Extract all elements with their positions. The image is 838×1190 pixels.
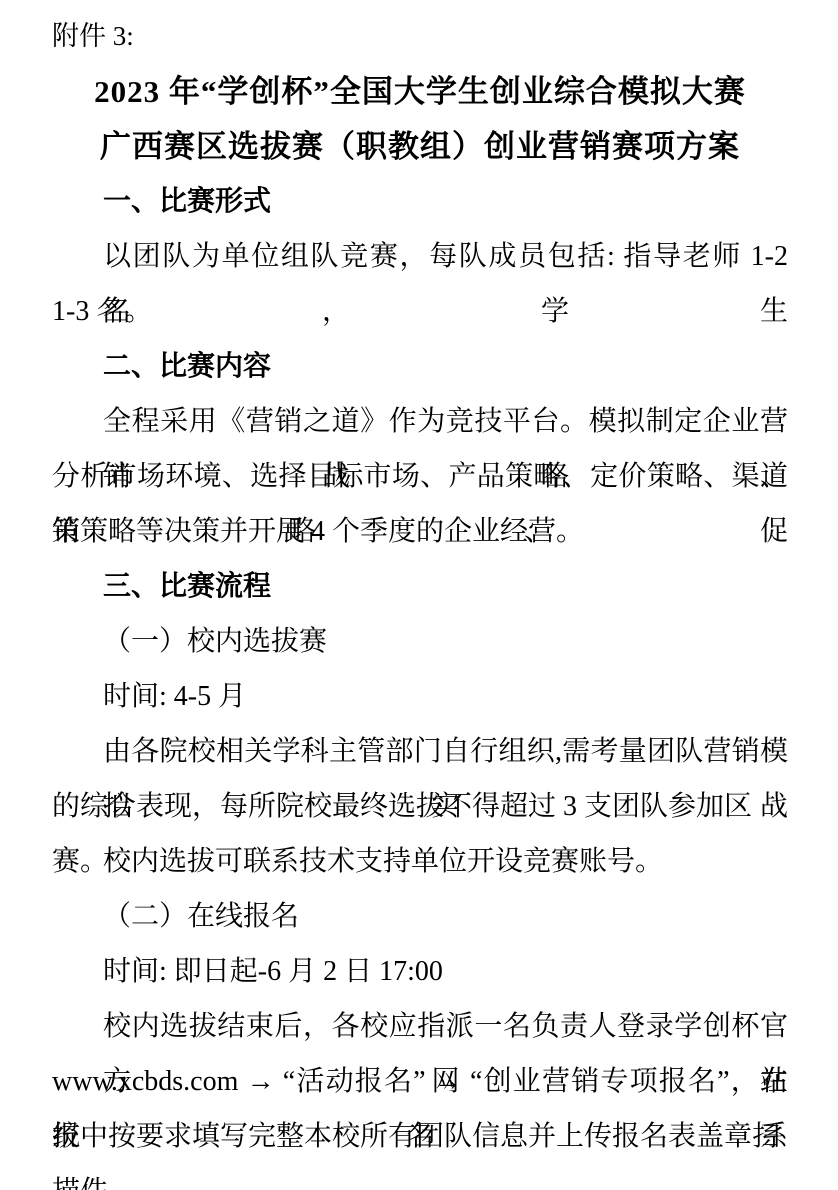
subsection-2-time: 时间: 即日起-6 月 2 日 17:00 (52, 944, 788, 999)
subsection-1-para1-line-1: 由各院校相关学科主管部门自行组织,需考量团队营销模拟实战 (52, 724, 788, 779)
subsection-1-para1-line-2: 的综合表现，每所院校最终选拔不得超过 3 支团队参加区赛。 (52, 779, 788, 834)
document-page: 附件 3:2023 年“学创杯”全国大学生创业综合模拟大赛广西赛区选拔赛（职教组… (0, 0, 838, 1190)
title-line-1: 2023 年“学创杯”全国大学生创业综合模拟大赛 (52, 64, 788, 119)
subsection-1-heading: （一）校内选拔赛 (52, 614, 788, 669)
document-content: 附件 3:2023 年“学创杯”全国大学生创业综合模拟大赛广西赛区选拔赛（职教组… (0, 0, 838, 1164)
section-1-para-line-1: 以团队为单位组队竞赛，每队成员包括: 指导老师 1-2 名，学生 (52, 229, 788, 284)
subsection-2-para1-line-1: 校内选拔结束后，各校应指派一名负责人登录学创杯官方网站 (52, 999, 788, 1054)
section-2-heading: 二、比赛内容 (52, 339, 788, 394)
section-2-para-line-2: 分析市场环境、选择目标市场、产品策略、定价策略、渠道策略、促 (52, 449, 788, 504)
subsection-2-para1-line-3: 统中按要求填写完整本校所有团队信息并上传报名表盖章扫描件。 (52, 1109, 788, 1164)
section-1-heading: 一、比赛形式 (52, 174, 788, 229)
title-line-2: 广西赛区选拔赛（职教组）创业营销赛项方案 (52, 119, 788, 174)
subsection-1-time: 时间: 4-5 月 (52, 669, 788, 724)
attachment-label: 附件 3: (52, 9, 788, 64)
section-2-para-line-1: 全程采用《营销之道》作为竞技平台。模拟制定企业营销战略、 (52, 394, 788, 449)
subsection-1-para2-line-1: 校内选拔可联系技术支持单位开设竞赛账号。 (52, 834, 788, 889)
subsection-2-heading: （二）在线报名 (52, 889, 788, 944)
section-3-heading: 三、比赛流程 (52, 559, 788, 614)
subsection-2-para1-line-2: www.xcbds.com → “活动报名” → “创业营销专项报名”，在报名系 (52, 1054, 788, 1109)
